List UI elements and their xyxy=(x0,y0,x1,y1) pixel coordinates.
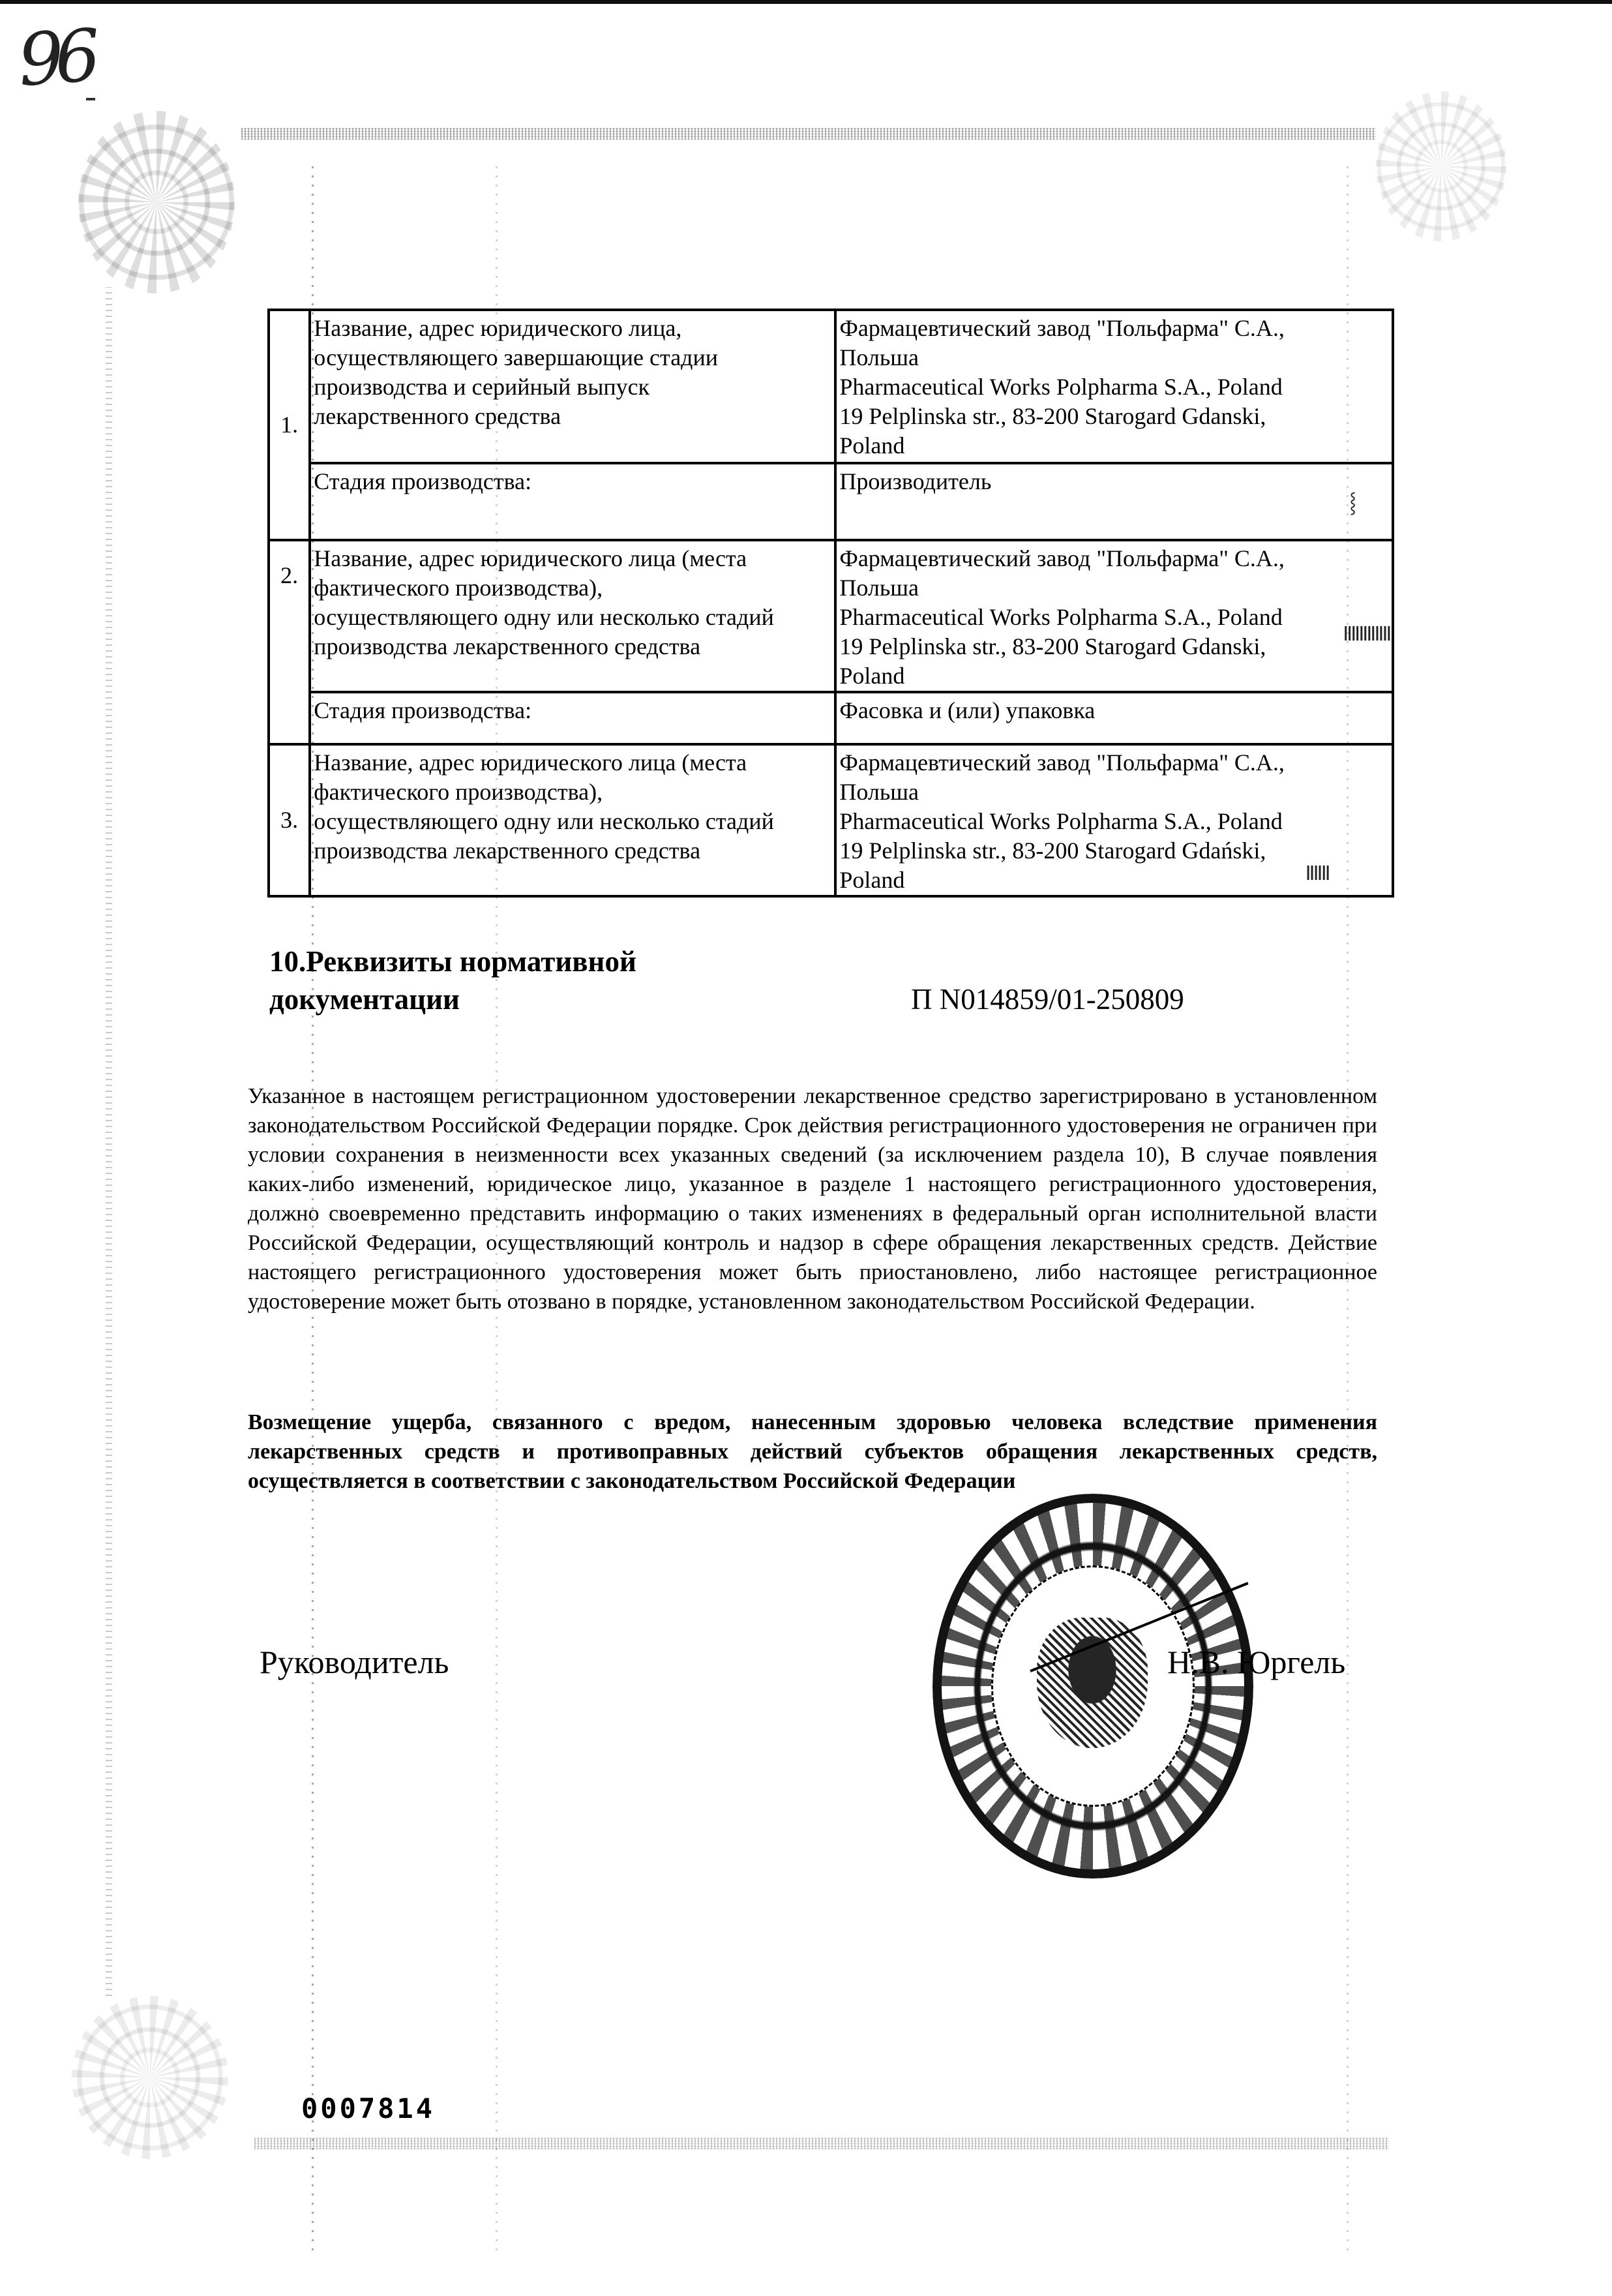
pen-mark-icon: ⸾ xyxy=(1349,488,1352,517)
top-scan-edge xyxy=(0,0,1612,4)
row-label: Название, адрес юридического лица (места… xyxy=(310,744,835,896)
double-headed-eagle-icon xyxy=(1037,1618,1148,1748)
handwritten-page-number: 96 xyxy=(16,20,93,97)
row-number: 3. xyxy=(269,744,310,896)
row-label: Название, адрес юридического лица, осуще… xyxy=(310,310,835,463)
normative-document-code: П N014859/01-250809 xyxy=(911,980,1184,1018)
validity-paragraph: Указанное в настоящем регистрационном уд… xyxy=(248,1081,1377,1316)
row-value: Фармацевтический завод "Польфарма" С.А.,… xyxy=(835,540,1393,692)
row-label: Название, адрес юридического лица (места… xyxy=(310,540,835,692)
signer-title: Руководитель xyxy=(260,1642,449,1682)
compensation-paragraph: Возмещение ущерба, связанного с вредом, … xyxy=(248,1408,1377,1496)
form-serial-number: 0007814 xyxy=(301,2092,435,2124)
table-row-stage: Стадия производства: Производитель ⸾ xyxy=(269,463,1393,540)
handwritten-dash xyxy=(86,98,95,100)
row-value: Фармацевтический завод "Польфарма" С.А.,… xyxy=(835,310,1393,463)
table-row: 3. Название, адрес юридического лица (ме… xyxy=(269,744,1393,896)
row-number: 1. xyxy=(269,310,310,540)
section-10-title: 10.Реквизиты нормативной документации xyxy=(269,943,636,1018)
bottom-left-rosette-ornament xyxy=(72,1996,228,2159)
table-row-stage: Стадия производства: Фасовка и (или) упа… xyxy=(269,692,1393,744)
row-number: 2. xyxy=(269,540,310,744)
signer-name: Н.В. Юргель xyxy=(1167,1642,1345,1682)
stage-value: Производитель ⸾ xyxy=(835,463,1393,540)
bottom-guilloche-band xyxy=(254,2137,1389,2149)
table-row: 1. Название, адрес юридического лица, ос… xyxy=(269,310,1393,463)
hatch-mark-icon: ǁǁǁ xyxy=(1304,862,1328,885)
top-right-rosette-ornament xyxy=(1376,91,1506,241)
table-row: 2. Название, адрес юридического лица (ме… xyxy=(269,540,1393,692)
top-guilloche-band xyxy=(241,128,1376,140)
left-guilloche-band xyxy=(106,287,112,1996)
top-left-rosette-ornament xyxy=(78,111,235,294)
stage-label: Стадия производства: xyxy=(310,692,835,744)
stage-label: Стадия производства: xyxy=(310,463,835,540)
manufacturers-table: 1. Название, адрес юридического лица, ос… xyxy=(267,309,1394,898)
hatch-mark-icon: ǁǁǁǁǁǁ xyxy=(1342,620,1389,649)
stage-value: Фасовка и (или) упаковка xyxy=(835,692,1393,744)
